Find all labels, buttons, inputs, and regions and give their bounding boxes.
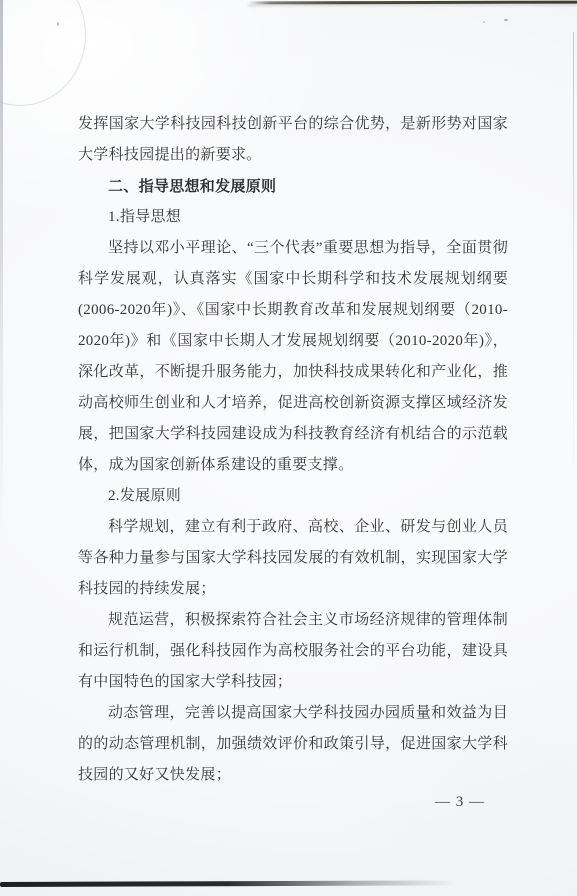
section-heading: 二、指导思想和发展原则 xyxy=(78,171,508,202)
page-number: — 3 — xyxy=(435,794,485,811)
paragraph-continued: 发挥国家大学科技园科技创新平台的综合优势，是新形势对国家大学科技园提出的新要求。 xyxy=(78,109,508,171)
scan-artifact-speck xyxy=(483,21,485,23)
scan-artifact-top-edge xyxy=(248,1,577,5)
scan-artifact-speck xyxy=(57,22,59,26)
paragraph-principle-dynamic-management: 动态管理，完善以提高国家大学科技园办园质量和效益为目的的动态管理机制，加强绩效评… xyxy=(78,698,508,791)
paragraph-principle-scientific-planning: 科学规划，建立有利于政府、高校、企业、研发与创业人员等各种力量参与国家大学科技园… xyxy=(78,512,508,605)
scan-artifact-speck xyxy=(504,19,508,21)
scan-artifact-corner-crease xyxy=(0,0,86,106)
subsection-heading-development-principles: 2.发展原则 xyxy=(78,481,508,512)
scan-artifact-bottom-edge xyxy=(0,880,455,887)
document-body: 发挥国家大学科技园科技创新平台的综合优势，是新形势对国家大学科技园提出的新要求。… xyxy=(78,109,508,791)
scan-artifact-right-edge xyxy=(573,32,574,462)
subsection-heading-guiding-ideology: 1.指导思想 xyxy=(78,202,508,233)
paragraph-principle-standard-operation: 规范运营，积极探索符合社会主义市场经济规律的管理体制和运行机制，强化科技园作为高… xyxy=(78,605,508,698)
scanned-document-page: 发挥国家大学科技园科技创新平台的综合优势，是新形势对国家大学科技园提出的新要求。… xyxy=(0,0,577,896)
paragraph-guiding-ideology: 坚持以邓小平理论、“三个代表”重要思想为指导，全面贯彻科学发展观，认真落实《国家… xyxy=(78,233,508,481)
